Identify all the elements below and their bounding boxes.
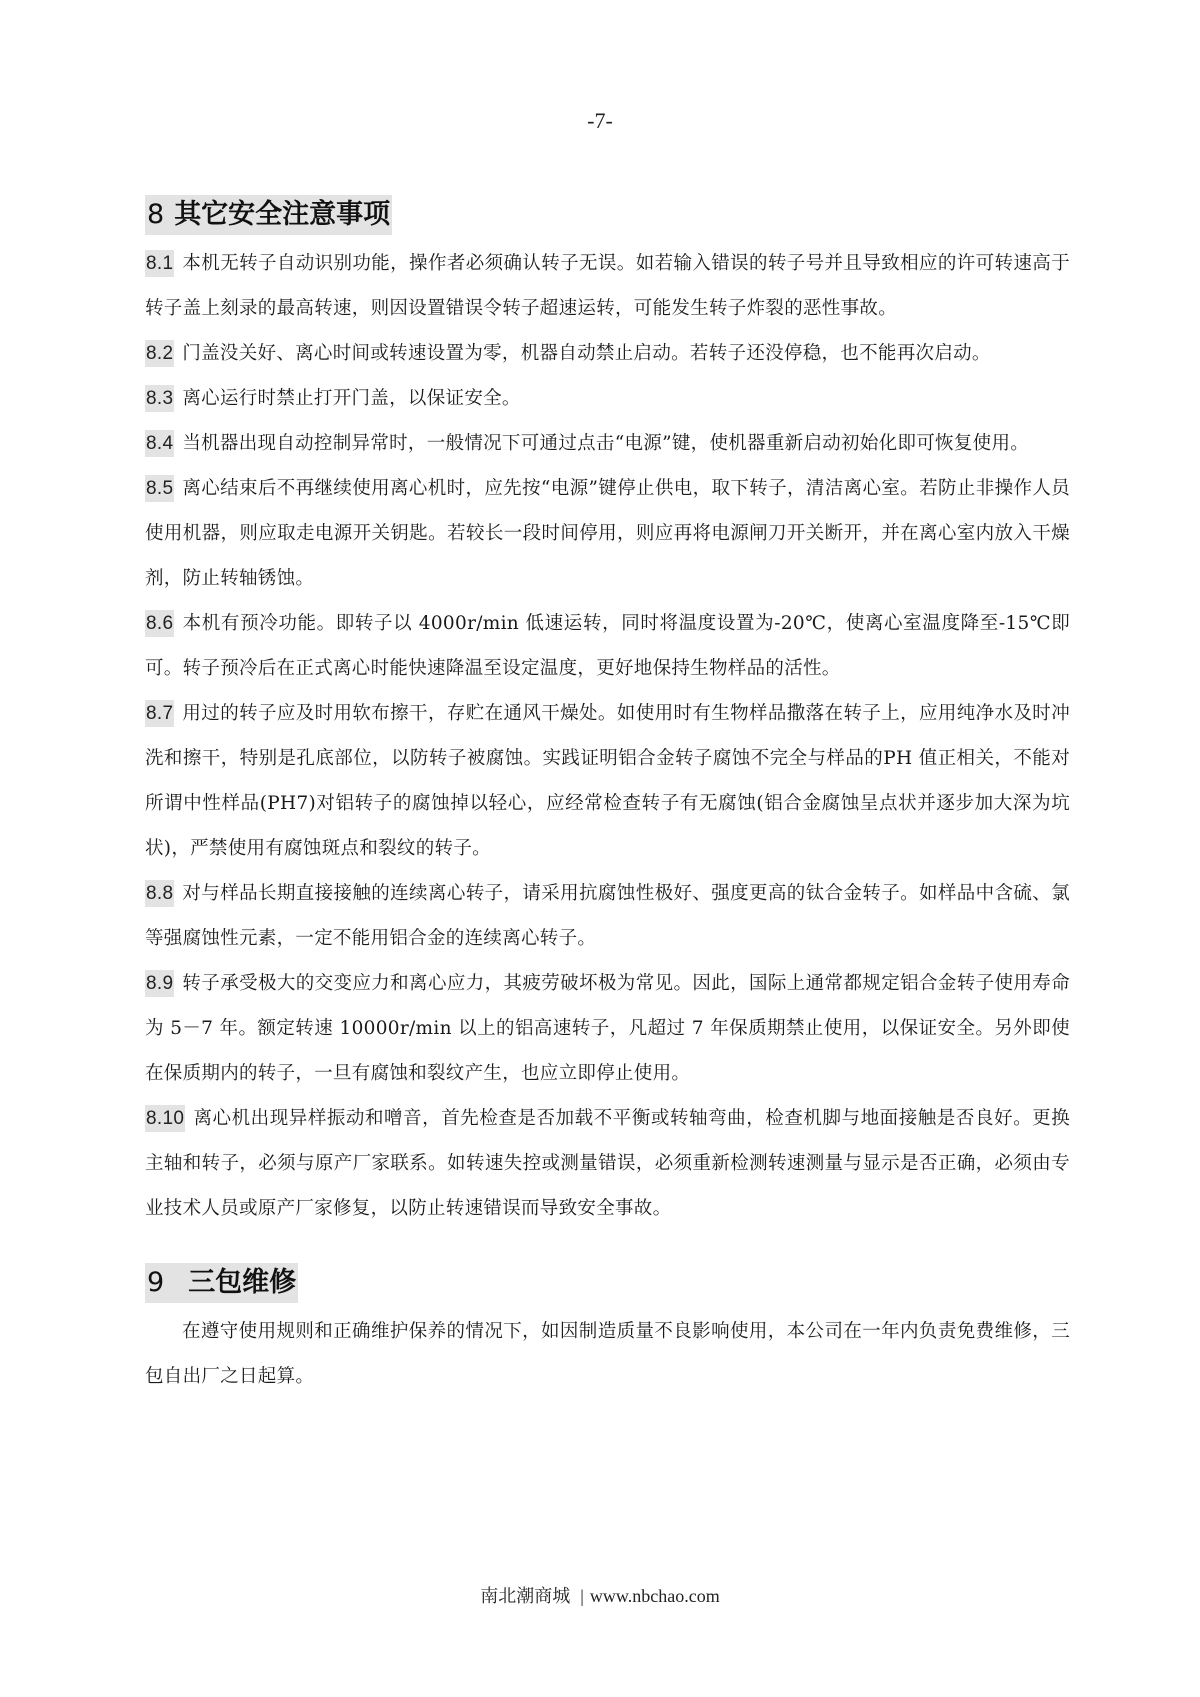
item-8-6: 8.6本机有预冷功能。即转子以 4000r/min 低速运转，同时将温度设置为-… (145, 601, 1070, 691)
item-8-2: 8.2门盖没关好、离心时间或转速设置为零，机器自动禁止启动。若转子还没停稳，也不… (145, 331, 1070, 376)
item-label: 8.4 (145, 430, 174, 457)
section-9-number: 9 (147, 1267, 164, 1298)
item-label: 8.6 (145, 610, 174, 637)
page-number: -7- (0, 108, 1200, 134)
section-9-heading: 9三包维修 (145, 1263, 298, 1303)
footer-url[interactable]: www.nbchao.com (590, 1586, 720, 1606)
item-8-8: 8.8对与样品长期直接接触的连续离心转子，请采用抗腐蚀性极好、强度更高的钛合金转… (145, 871, 1070, 961)
item-label: 8.7 (145, 700, 174, 727)
item-label: 8.9 (145, 970, 174, 997)
item-label: 8.2 (145, 340, 174, 367)
section-8-number: 8 (147, 199, 164, 230)
item-text: 离心机出现异样振动和噌音，首先检查是否加载不平衡或转轴弯曲，检查机脚与地面接触是… (145, 1108, 1070, 1219)
item-8-4: 8.4当机器出现自动控制异常时，一般情况下可通过点击“电源”键，使机器重新启动初… (145, 421, 1070, 466)
item-8-5: 8.5离心结束后不再继续使用离心机时，应先按“电源”键停止供电，取下转子，清洁离… (145, 466, 1070, 601)
item-label: 8.10 (145, 1105, 185, 1132)
footer-separator: | (580, 1586, 584, 1606)
page-footer: 南北潮商城|www.nbchao.com (0, 1582, 1200, 1608)
item-label: 8.5 (145, 475, 174, 502)
item-8-3: 8.3离心运行时禁止打开门盖，以保证安全。 (145, 376, 1070, 421)
item-text: 转子承受极大的交变应力和离心应力，其疲劳破坏极为常见。因此，国际上通常都规定铝合… (145, 973, 1070, 1084)
document-body: 8其它安全注意事项 8.1本机无转子自动识别功能，操作者必须确认转子无误。如若输… (145, 195, 1070, 1399)
item-text: 用过的转子应及时用软布擦干，存贮在通风干燥处。如使用时有生物样品撒落在转子上，应… (145, 703, 1070, 859)
item-8-7: 8.7用过的转子应及时用软布擦干，存贮在通风干燥处。如使用时有生物样品撒落在转子… (145, 691, 1070, 871)
item-text: 对与样品长期直接接触的连续离心转子，请采用抗腐蚀性极好、强度更高的钛合金转子。如… (145, 883, 1070, 949)
item-text: 本机有预冷功能。即转子以 4000r/min 低速运转，同时将温度设置为-20℃… (145, 613, 1070, 679)
section-8-title: 其它安全注意事项 (174, 199, 390, 230)
item-label: 8.1 (145, 250, 174, 277)
item-text: 当机器出现自动控制异常时，一般情况下可通过点击“电源”键，使机器重新启动初始化即… (182, 433, 1029, 454)
item-text: 本机无转子自动识别功能，操作者必须确认转子无误。如若输入错误的转子号并且导致相应… (145, 253, 1070, 319)
section-9-paragraph: 在遵守使用规则和正确维护保养的情况下，如因制造质量不良影响使用，本公司在一年内负… (145, 1309, 1070, 1399)
item-8-10: 8.10离心机出现异样振动和噌音，首先检查是否加载不平衡或转轴弯曲，检查机脚与地… (145, 1096, 1070, 1231)
item-text: 离心结束后不再继续使用离心机时，应先按“电源”键停止供电，取下转子，清洁离心室。… (145, 478, 1070, 589)
section-9-title: 三包维修 (188, 1267, 296, 1298)
item-8-1: 8.1本机无转子自动识别功能，操作者必须确认转子无误。如若输入错误的转子号并且导… (145, 241, 1070, 331)
section-8-heading: 8其它安全注意事项 (145, 195, 392, 235)
footer-site-name: 南北潮商城 (480, 1586, 570, 1606)
item-text: 门盖没关好、离心时间或转速设置为零，机器自动禁止启动。若转子还没停稳，也不能再次… (182, 343, 990, 364)
item-text: 离心运行时禁止打开门盖，以保证安全。 (182, 388, 520, 409)
spacer (145, 1231, 1070, 1263)
item-label: 8.8 (145, 880, 174, 907)
item-label: 8.3 (145, 385, 174, 412)
item-8-9: 8.9转子承受极大的交变应力和离心应力，其疲劳破坏极为常见。因此，国际上通常都规… (145, 961, 1070, 1096)
